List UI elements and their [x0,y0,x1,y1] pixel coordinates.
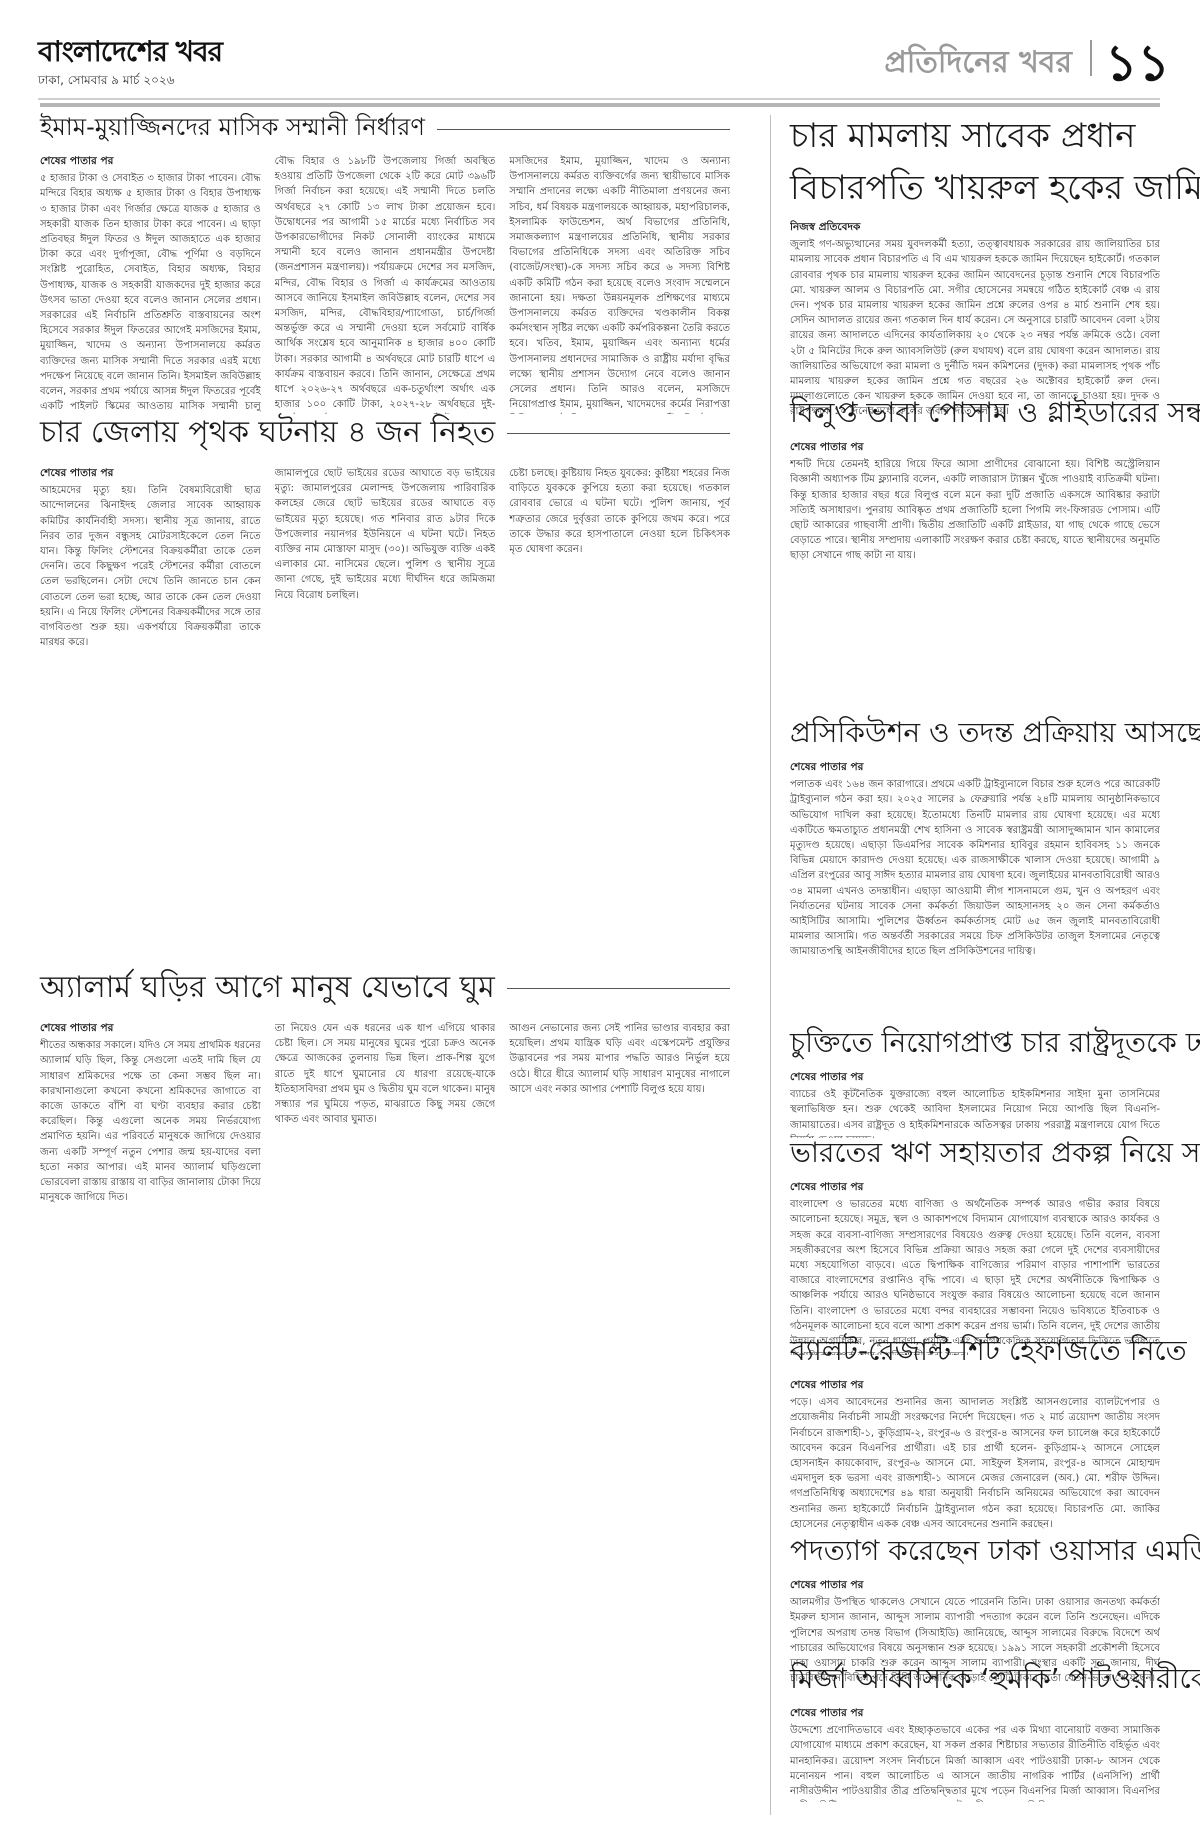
story-columns: শেষের পাতার পর ৫ হাজার টাকা ও সেবাইত ৩ হ… [40,154,730,414]
story-prosecution: প্রসিকিউশন ও তদন্ত প্রক্রিয়ায় আসছে শেষ… [790,712,1160,1045]
story-columns: শেষের পাতার পর পলাতক এবং ১৬৪ জন কারাগারে… [790,760,1160,1045]
headline-rule [437,129,730,130]
story-byline: শেষের পাতার পর [790,760,1160,775]
story-text: পলাতক এবং ১৬৪ জন কারাগারে। প্রথমে একটি ট… [790,777,1160,959]
story-headline-line2: বিচারপতি খায়রুল হকের জামিন [790,164,1160,216]
story-headline: ভারতের ঋণ সহায়তার প্রকল্প নিয়ে সমস্যা [790,1132,1160,1176]
story-byline: শেষের পাতার পর [790,1070,1160,1085]
story-column: মসজিদের ইমাম, মুয়াজ্জিন, খাদেম ও অন্যান… [509,154,730,414]
masthead: বাংলাদেশের খবর ঢাকা, সোমবার ৯ মার্চ ২০২৬… [0,0,1200,100]
story-ballot-result-sheet: ব্যালট-রেজাল্ট শিট হেফাজতে নিতে শেষের পা… [790,1330,1160,1560]
story-four-districts-deaths: চার জেলায় পৃথক ঘটনায় ৪ জন নিহত শেষের প… [40,410,730,971]
story-column: শেষের পাতার পর উদ্দেশ্যে প্রণোদিতভাবে এব… [790,1706,1160,1802]
story-byline: শেষের পাতার পর [40,1021,261,1036]
story-columns: শেষের পাতার পর আহমেদের মৃত্যু হয়। তিনি … [40,466,730,971]
story-text: তা নিয়েও যেন এক ধরনের এক ধাপ এগিয়ে থাক… [275,1021,496,1127]
story-text: উদ্দেশ্যে প্রণোদিতভাবে এবং ইচ্ছাকৃতভাবে … [790,1723,1160,1802]
header-rule [38,98,1160,100]
story-column: আগুন নেভানোর জন্য সেই পানির ভাণ্ডার ব্যব… [509,1021,730,1841]
story-india-loan: ভারতের ঋণ সহায়তার প্রকল্প নিয়ে সমস্যা … [790,1132,1160,1355]
story-column: শেষের পাতার পর আহমেদের মৃত্যু হয়। তিনি … [40,466,261,971]
story-headline: প্রসিকিউশন ও তদন্ত প্রক্রিয়ায় আসছে [790,712,1160,756]
story-byline: শেষের পাতার পর [40,466,261,481]
story-text: ৫ হাজার টাকা ও সেবাইত ৩ হাজার টাকা পাবেন… [40,171,261,414]
story-columns: শেষের পাতার পর শব্দটি দিয়ে তেমনই হারিয়… [790,440,1160,725]
story-column: বৌদ্ধ বিহার ও ১৯৮টি উপজেলায় গির্জা অবস্… [275,154,496,414]
story-headline: ইমাম-মুয়াজ্জিনদের মাসিক সম্মানী নির্ধার… [40,112,730,146]
story-byline: শেষের পাতার পর [790,1578,1160,1593]
header-separator [1090,40,1092,76]
story-headline: চুক্তিতে নিয়োগপ্রাপ্ত চার রাষ্ট্রদূতকে … [790,1022,1160,1066]
story-headline: চার জেলায় পৃথক ঘটনায় ৪ জন নিহত [40,410,730,456]
story-text: আগুন নেভানোর জন্য সেই পানির ভাণ্ডার ব্যব… [509,1021,730,1097]
story-text: আহমেদের মৃত্যু হয়। তিনি বৈষম্যবিরোধী ছা… [40,483,261,650]
story-text: বৌদ্ধ বিহার ও ১৯৮টি উপজেলায় গির্জা অবস্… [275,154,496,414]
story-byline: শেষের পাতার পর [790,440,1160,455]
dateline: ঢাকা, সোমবার ৯ মার্চ ২০২৬ [38,72,175,92]
story-mirza-abbas: মির্জা আব্বাসকে ‘হুমকি’ পাটওয়ারীকে শেষে… [790,1658,1160,1802]
story-headline: চার মামলায় সাবেক প্রধান [790,112,1160,164]
story-alarm-clock-sleep: অ্যালার্ম ঘড়ির আগে মানুষ যেভাবে ঘুম শেষ… [40,965,730,1841]
story-columns: শেষের পাতার পর শীতের অন্ধকার সকালে। যদিও… [40,1021,730,1841]
top-divider [40,103,1160,107]
story-headline: অ্যালার্ম ঘড়ির আগে মানুষ যেভাবে ঘুম [40,965,730,1011]
story-possum-glider: বিলুপ্ত ভাবা পোসাম ও গ্লাইডারের সন্ধান শ… [790,392,1160,725]
story-byline: শেষের পাতার পর [40,154,261,169]
story-column: চেষ্টা চলছে। কুষ্টিয়ায় নিহত যুবকের: কু… [509,466,730,971]
story-column: শেষের পাতার পর পলাতক এবং ১৬৪ জন কারাগারে… [790,760,1160,1045]
page-number: ১১ [1105,26,1170,109]
story-column: শেষের পাতার পর শীতের অন্ধকার সকালে। যদিও… [40,1021,261,1841]
column-divider [770,115,771,1815]
story-byline: শেষের পাতার পর [790,1706,1160,1721]
story-column: শেষের পাতার পর ৫ হাজার টাকা ও সেবাইত ৩ হ… [40,154,261,414]
story-text: শব্দটি দিয়ে তেমনই হারিয়ে গিয়ে ফিরে আস… [790,457,1160,563]
story-ambassadors: চুক্তিতে নিয়োগপ্রাপ্ত চার রাষ্ট্রদূতকে … [790,1022,1160,1138]
story-headline: ব্যালট-রেজাল্ট শিট হেফাজতে নিতে [790,1330,1160,1374]
story-text: পড়ে। এসব আবেদনের শুনানির জন্য আদালত সংশ… [790,1395,1160,1532]
story-headline: পদত্যাগ করেছেন ঢাকা ওয়াসার এমডি [790,1530,1160,1574]
headline-rule [507,988,730,989]
story-column: শেষের পাতার পর শব্দটি দিয়ে তেমনই হারিয়… [790,440,1160,725]
section-name: প্রতিদিনের খবর [884,38,1072,89]
story-byline: শেষের পাতার পর [790,1180,1160,1195]
headline-rule [507,433,730,434]
story-text: মসজিদের ইমাম, মুয়াজ্জিন, খাদেম ও অন্যান… [509,154,730,414]
story-column: জামালপুরে ছোট ভাইয়ের রডের আঘাতে বড় ভাই… [275,466,496,971]
story-headline: বিলুপ্ত ভাবা পোসাম ও গ্লাইডারের সন্ধান [790,392,1160,436]
story-text: জামালপুরে ছোট ভাইয়ের রডের আঘাতে বড় ভাই… [275,466,496,603]
story-text: শীতের অন্ধকার সকালে। যদিও সে সময় প্রাথম… [40,1038,261,1205]
story-column: তা নিয়েও যেন এক ধরনের এক ধাপ এগিয়ে থাক… [275,1021,496,1841]
story-text: চেষ্টা চলছে। কুষ্টিয়ায় নিহত যুবকের: কু… [509,466,730,557]
story-byline: নিজস্ব প্রতিবেদক [790,220,1160,235]
story-columns: শেষের পাতার পর উদ্দেশ্যে প্রণোদিতভাবে এব… [790,1706,1160,1802]
story-byline: শেষের পাতার পর [790,1378,1160,1393]
newspaper-logo: বাংলাদেশের খবর [38,30,222,77]
story-imam-muazzin-honorarium: ইমাম-মুয়াজ্জিনদের মাসিক সম্মানী নির্ধার… [40,112,730,414]
story-columns: শেষের পাতার পর ব্যাচের ওই কূটনৈতিক যুক্ত… [790,1070,1160,1138]
story-column: শেষের পাতার পর ব্যাচের ওই কূটনৈতিক যুক্ত… [790,1070,1160,1138]
story-headline: মির্জা আব্বাসকে ‘হুমকি’ পাটওয়ারীকে [790,1658,1160,1702]
